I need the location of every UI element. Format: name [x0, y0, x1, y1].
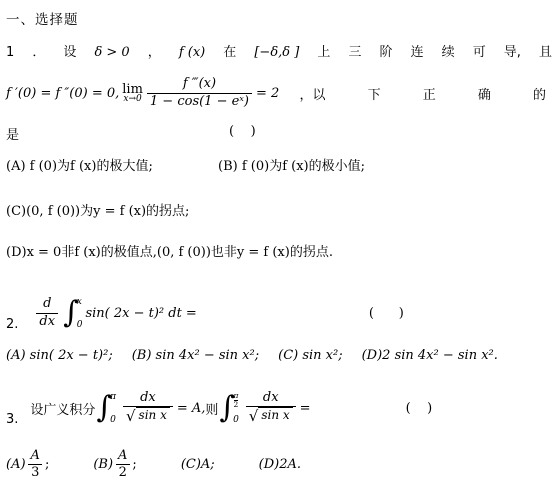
q2-integrand: sin( 2x − t)² dt =: [85, 306, 196, 321]
q3-number: 3.: [6, 412, 18, 435]
q1-stem-text: ，: [148, 41, 161, 60]
q1-number: 1: [6, 45, 14, 60]
q3-equation-line: 3. 设广义积分 ∫ π 0 dx √ sin x = A, 则 ∫ π: [6, 381, 546, 435]
q1-stem-line3: 是 ( ): [6, 124, 546, 143]
sqrt-expression: √ sin x: [249, 407, 293, 425]
q2-option-a: (A) sin( 2x − t)²;: [6, 348, 113, 363]
q1-stem-text: 阶: [380, 41, 393, 60]
q1-stem-text: 上: [317, 41, 330, 60]
q1-equation-lhs: f ′(0) = f ″(0) = 0,: [6, 86, 119, 101]
q1-fraction-denominator: 1 − cos(1 − eˣ): [147, 93, 252, 110]
q1-stem-text: 三: [348, 41, 361, 60]
q1-stem-text: ．: [32, 41, 45, 60]
q2-option-d: (D)2 sin 4x² − sin x².: [362, 348, 498, 363]
q3-upper-numerator: π: [233, 392, 238, 401]
q3-option-c: (C)A;: [181, 457, 215, 472]
q3-mid-then: 则: [205, 399, 218, 418]
q2-number: 2.: [6, 317, 18, 336]
q2-ddx-denominator: dx: [36, 313, 58, 330]
q3-equals: =: [300, 401, 311, 416]
exam-page: 一、选择题 1 ． 设 δ > 0 ， f (x) 在 [−δ,δ ] 上 三 …: [0, 0, 552, 485]
q2-integral: ∫ x 0: [63, 297, 84, 330]
q3-option-b-semicolon: ;: [132, 457, 136, 472]
q3-option-a-numerator: A: [28, 448, 43, 464]
sqrt-radicand: sin x: [136, 407, 170, 423]
q3-option-b-numerator: A: [115, 448, 130, 464]
q1-stem-text: 且: [539, 41, 552, 60]
q3-integral-1-lower: 0: [110, 415, 116, 425]
q1-stem-line: 1 ． 设 δ > 0 ， f (x) 在 [−δ,δ ] 上 三 阶 连 续 …: [6, 41, 552, 60]
q3-integral-2-limits: π 2 0: [233, 392, 239, 425]
section-heading: 一、选择题: [6, 8, 546, 28]
q1-stem-math-delta: δ > 0: [94, 45, 129, 60]
limit-block: lim x→0: [122, 82, 143, 104]
q2-answer-blank: ( ): [369, 306, 404, 321]
q3-fraction-1: dx √ sin x: [123, 390, 173, 427]
q1-stem-text: 连: [411, 41, 424, 60]
q2-ddx-fraction: d dx: [36, 296, 58, 330]
q3-fraction-2: dx √ sin x: [246, 390, 296, 427]
q2-integral-limits: x 0: [77, 297, 83, 330]
q3-options-row: (A) A 3 ; (B) A 2 ; (C)A; (D)2A.: [6, 443, 546, 485]
q2-integral-upper: x: [77, 297, 83, 307]
q1-stem-text: 在: [223, 41, 236, 60]
q2-option-c: (C) sin x²;: [278, 348, 342, 363]
q3-option-a-label: (A): [6, 457, 26, 472]
q3-option-a: (A) A 3 ;: [6, 448, 49, 480]
q3-integral-2-upper-fraction: π 2: [233, 392, 239, 410]
q2-ddx-numerator: d: [40, 296, 54, 312]
q1-option-c: (C)(0, f (0))为y = f (x)的拐点;: [6, 200, 189, 219]
q3-option-b-denominator: 2: [116, 464, 130, 481]
q1-answer-blank: ( ): [229, 124, 256, 143]
q3-mid-equals-a: = A,: [177, 401, 206, 416]
q3-integral-1-upper: π: [110, 392, 116, 402]
q1-stem-text: 设: [63, 41, 76, 60]
q3-answer-blank: ( ): [406, 401, 433, 416]
q3-option-b: (B) A 2 ;: [93, 448, 136, 480]
q1-stem-math-fx: f (x): [179, 45, 205, 60]
q1-fraction: f ‴(x) 1 − cos(1 − eˣ): [147, 76, 252, 110]
q3-integral-2-lower: 0: [233, 415, 239, 425]
q1-stem-math-interval: [−δ,δ ]: [254, 45, 299, 60]
q3-integral-1: ∫ π 0: [96, 392, 118, 425]
q1-stem-text: 续: [442, 41, 455, 60]
q1-options-row-ab: (A) f (0)为f (x)的极大值; (B) f (0)为f (x)的极小值…: [6, 155, 546, 174]
q2-equation-line: 2. d dx ∫ x 0 sin( 2x − t)² dt = ( ): [6, 290, 546, 336]
q1-equation-rhs: = 2: [256, 86, 279, 101]
q3-option-d: (D)2A.: [259, 457, 301, 472]
q1-stem-text-shi: 是: [6, 124, 19, 143]
q1-stem-text: 可: [473, 41, 486, 60]
sqrt-sign: √: [126, 407, 136, 425]
q3-option-a-denominator: 3: [28, 464, 42, 481]
sqrt-expression: √ sin x: [126, 407, 170, 425]
q3-fraction-2-numerator: dx: [260, 390, 282, 406]
q3-option-a-fraction: A 3: [28, 448, 43, 480]
q1-options-row-c: (C)(0, f (0))为y = f (x)的拐点;: [6, 200, 546, 219]
q1-options-row-d: (D)x = 0非f (x)的极值点,(0, f (0))也非y = f (x)…: [6, 241, 546, 260]
q3-integral-2: ∫ π 2 0: [219, 392, 240, 425]
q3-fraction-1-numerator: dx: [137, 390, 159, 406]
q3-integral-1-limits: π 0: [110, 392, 116, 425]
q1-fraction-numerator: f ‴(x): [180, 76, 219, 92]
q3-upper-denominator: 2: [234, 400, 239, 410]
q1-equation-line: f ′(0) = f ″(0) = 0, lim x→0 f ‴(x) 1 − …: [6, 70, 546, 116]
limit-subscript: x→0: [123, 94, 141, 104]
q1-option-b: (B) f (0)为f (x)的极小值;: [218, 155, 365, 174]
q2-option-b: (B) sin 4x² − sin x²;: [132, 348, 259, 363]
q1-option-a: (A) f (0)为f (x)的极大值;: [6, 155, 218, 174]
q1-option-d: (D)x = 0非f (x)的极值点,(0, f (0))也非y = f (x)…: [6, 241, 333, 260]
q2-options-row: (A) sin( 2x − t)²; (B) sin 4x² − sin x²;…: [6, 348, 546, 363]
q3-fraction-2-denominator: √ sin x: [246, 406, 296, 426]
sqrt-radicand: sin x: [258, 407, 292, 423]
q3-fraction-1-denominator: √ sin x: [123, 406, 173, 426]
q3-option-a-semicolon: ;: [45, 457, 49, 472]
q1-stem-text: 导,: [504, 41, 521, 60]
sqrt-sign: √: [249, 407, 259, 425]
q2-integral-lower: 0: [77, 320, 83, 330]
q3-option-b-fraction: A 2: [115, 448, 130, 480]
q3-intro-text: 设广义积分: [30, 399, 95, 418]
q3-option-b-label: (B): [93, 457, 113, 472]
q1-stem-continuation: ，以 下 正 确 的: [299, 84, 546, 103]
